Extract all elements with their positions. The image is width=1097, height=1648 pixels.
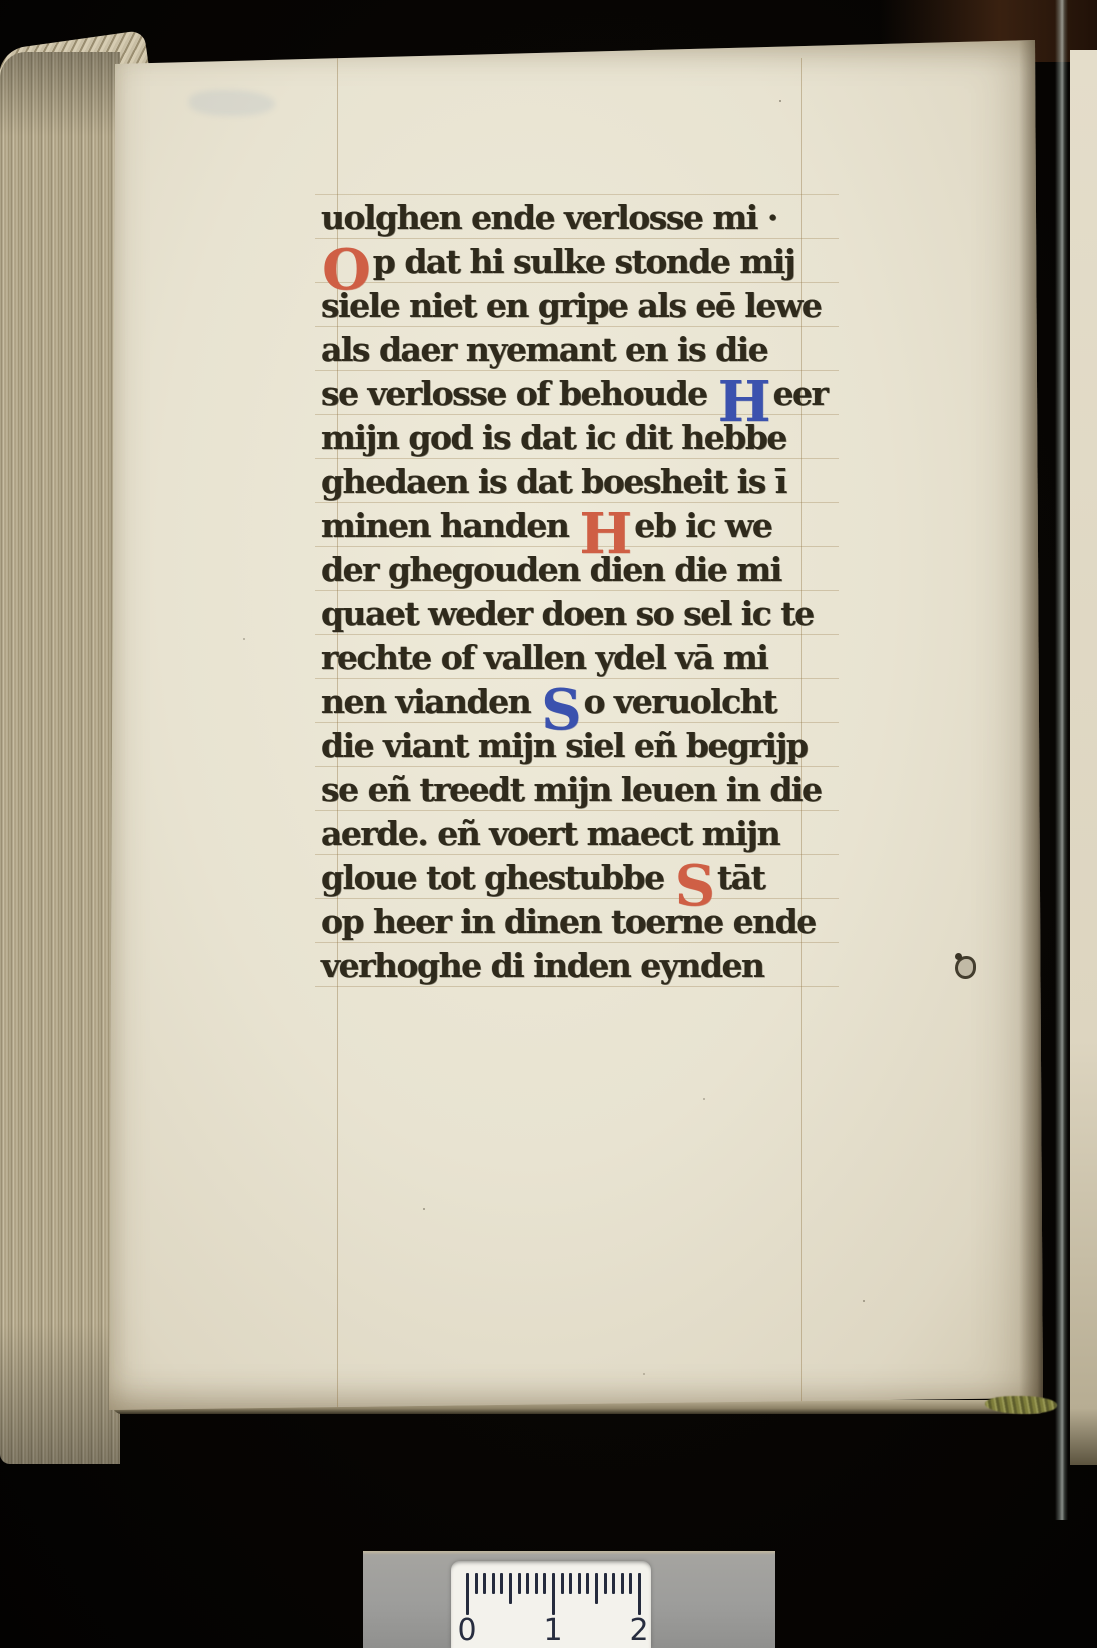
ruler-tick [569, 1573, 572, 1594]
manuscript-page: uolghen ende verlosse mi ·Op dat hi sulk… [103, 38, 1045, 1412]
scale-card: 012 [363, 1551, 775, 1648]
manuscript-text: siele niet en gripe als eē lewe [321, 286, 821, 325]
manuscript-text: op heer in dinen toerne ende [321, 902, 816, 941]
ruler-labels: 012 [451, 1613, 651, 1647]
ruler-tick [629, 1573, 632, 1594]
manuscript-text: gloue tot ghestubbe [321, 858, 674, 897]
ruler-tick [500, 1573, 503, 1594]
manuscript-text: die viant mijn siel eñ begrijp [321, 726, 807, 765]
manuscript-line: se verlosse of behoude Heer [321, 372, 833, 416]
ruler-tick [621, 1573, 624, 1594]
manuscript-line: der ghegouden dien die mi [321, 548, 833, 592]
manuscript-line: rechte of vallen ydel vā mi [321, 636, 833, 680]
manuscript-line: quaet weder doen so sel ic te [321, 592, 833, 636]
ruler: 012 [451, 1561, 651, 1648]
ruler-ticks [451, 1573, 651, 1617]
manuscript-text: se verlosse of behoude [321, 374, 717, 413]
ruler-tick [492, 1573, 495, 1594]
manuscript-line: als daer nyemant en is die [321, 328, 833, 372]
manuscript-text: o veruolcht [584, 682, 776, 721]
manuscript-text: der ghegouden dien die mi [321, 550, 781, 589]
manuscript-text: aerde. eñ voert maect mijn [321, 814, 779, 853]
manuscript-line: op heer in dinen toerne ende [321, 900, 833, 944]
manuscript-line: siele niet en gripe als eē lewe [321, 284, 833, 328]
manuscript-photograph: uolghen ende verlosse mi ·Op dat hi sulk… [0, 0, 1097, 1648]
manuscript-text: minen handen [321, 506, 578, 545]
ruler-tick [604, 1573, 607, 1594]
manuscript-text: eb ic we [634, 506, 771, 545]
ruler-tick [466, 1573, 469, 1615]
ruler-tick [509, 1573, 512, 1604]
manuscript-text: se eñ treedt mijn leuen in die [321, 770, 821, 809]
manuscript-line: Op dat hi sulke stonde mij [321, 240, 833, 284]
ruler-tick [535, 1573, 538, 1594]
faint-showthrough-inscription [189, 90, 275, 116]
text-block: uolghen ende verlosse mi ·Op dat hi sulk… [315, 194, 839, 988]
ruler-tick [578, 1573, 581, 1594]
ruler-tick [552, 1573, 555, 1615]
manuscript-line: minen handen Heb ic we [321, 504, 833, 548]
manuscript-line: uolghen ende verlosse mi · [321, 196, 833, 240]
ruler-tick [638, 1573, 641, 1615]
manuscript-line: aerde. eñ voert maect mijn [321, 812, 833, 856]
ruler-tick [483, 1573, 486, 1594]
manuscript-text: als daer nyemant en is die [321, 330, 767, 369]
manuscript-text: p dat hi sulke stonde mij [373, 242, 795, 281]
manuscript-line: nen vianden So veruolcht [321, 680, 833, 724]
manuscript-text: quaet weder doen so sel ic te [321, 594, 814, 633]
ruler-label: 1 [543, 1613, 562, 1648]
manuscript-line: se eñ treedt mijn leuen in die [321, 768, 833, 812]
manuscript-line: ghedaen is dat boesheit is ī [321, 460, 833, 504]
manuscript-line: mijn god is dat ic dit hebbe [321, 416, 833, 460]
glass-plate-edge [1055, 0, 1068, 1520]
ruler-label: 0 [457, 1613, 476, 1648]
ruler-tick [595, 1573, 598, 1604]
manuscript-text: eer [773, 374, 828, 413]
manuscript-text: ghedaen is dat boesheit is ī [321, 462, 786, 501]
ink-blot [955, 956, 976, 979]
ruler-tick [518, 1573, 521, 1594]
manuscript-line: die viant mijn siel eñ begrijp [321, 724, 833, 768]
ruler-tick [612, 1573, 615, 1594]
facing-page-sliver [1070, 50, 1097, 1465]
ruler-tick [543, 1573, 546, 1594]
manuscript-text: tāt [717, 858, 764, 897]
manuscript-line: gloue tot ghestubbe Stāt [321, 856, 833, 900]
manuscript-text: rechte of vallen ydel vā mi [321, 638, 767, 677]
manuscript-line: verhoghe di inden eynden [321, 944, 833, 988]
manuscript-text: uolghen ende verlosse mi · [321, 198, 777, 237]
book-fore-edge-leaves [0, 52, 120, 1464]
manuscript-text: verhoghe di inden eynden [321, 946, 764, 985]
ruler-tick [586, 1573, 589, 1594]
manuscript-text: nen vianden [321, 682, 540, 721]
gutter-shadow [1019, 38, 1045, 1412]
ruler-tick [526, 1573, 529, 1594]
manuscript-text: mijn god is dat ic dit hebbe [321, 418, 786, 457]
ruler-label: 2 [629, 1613, 648, 1648]
ruler-tick [475, 1573, 478, 1594]
ruler-tick [561, 1573, 564, 1594]
